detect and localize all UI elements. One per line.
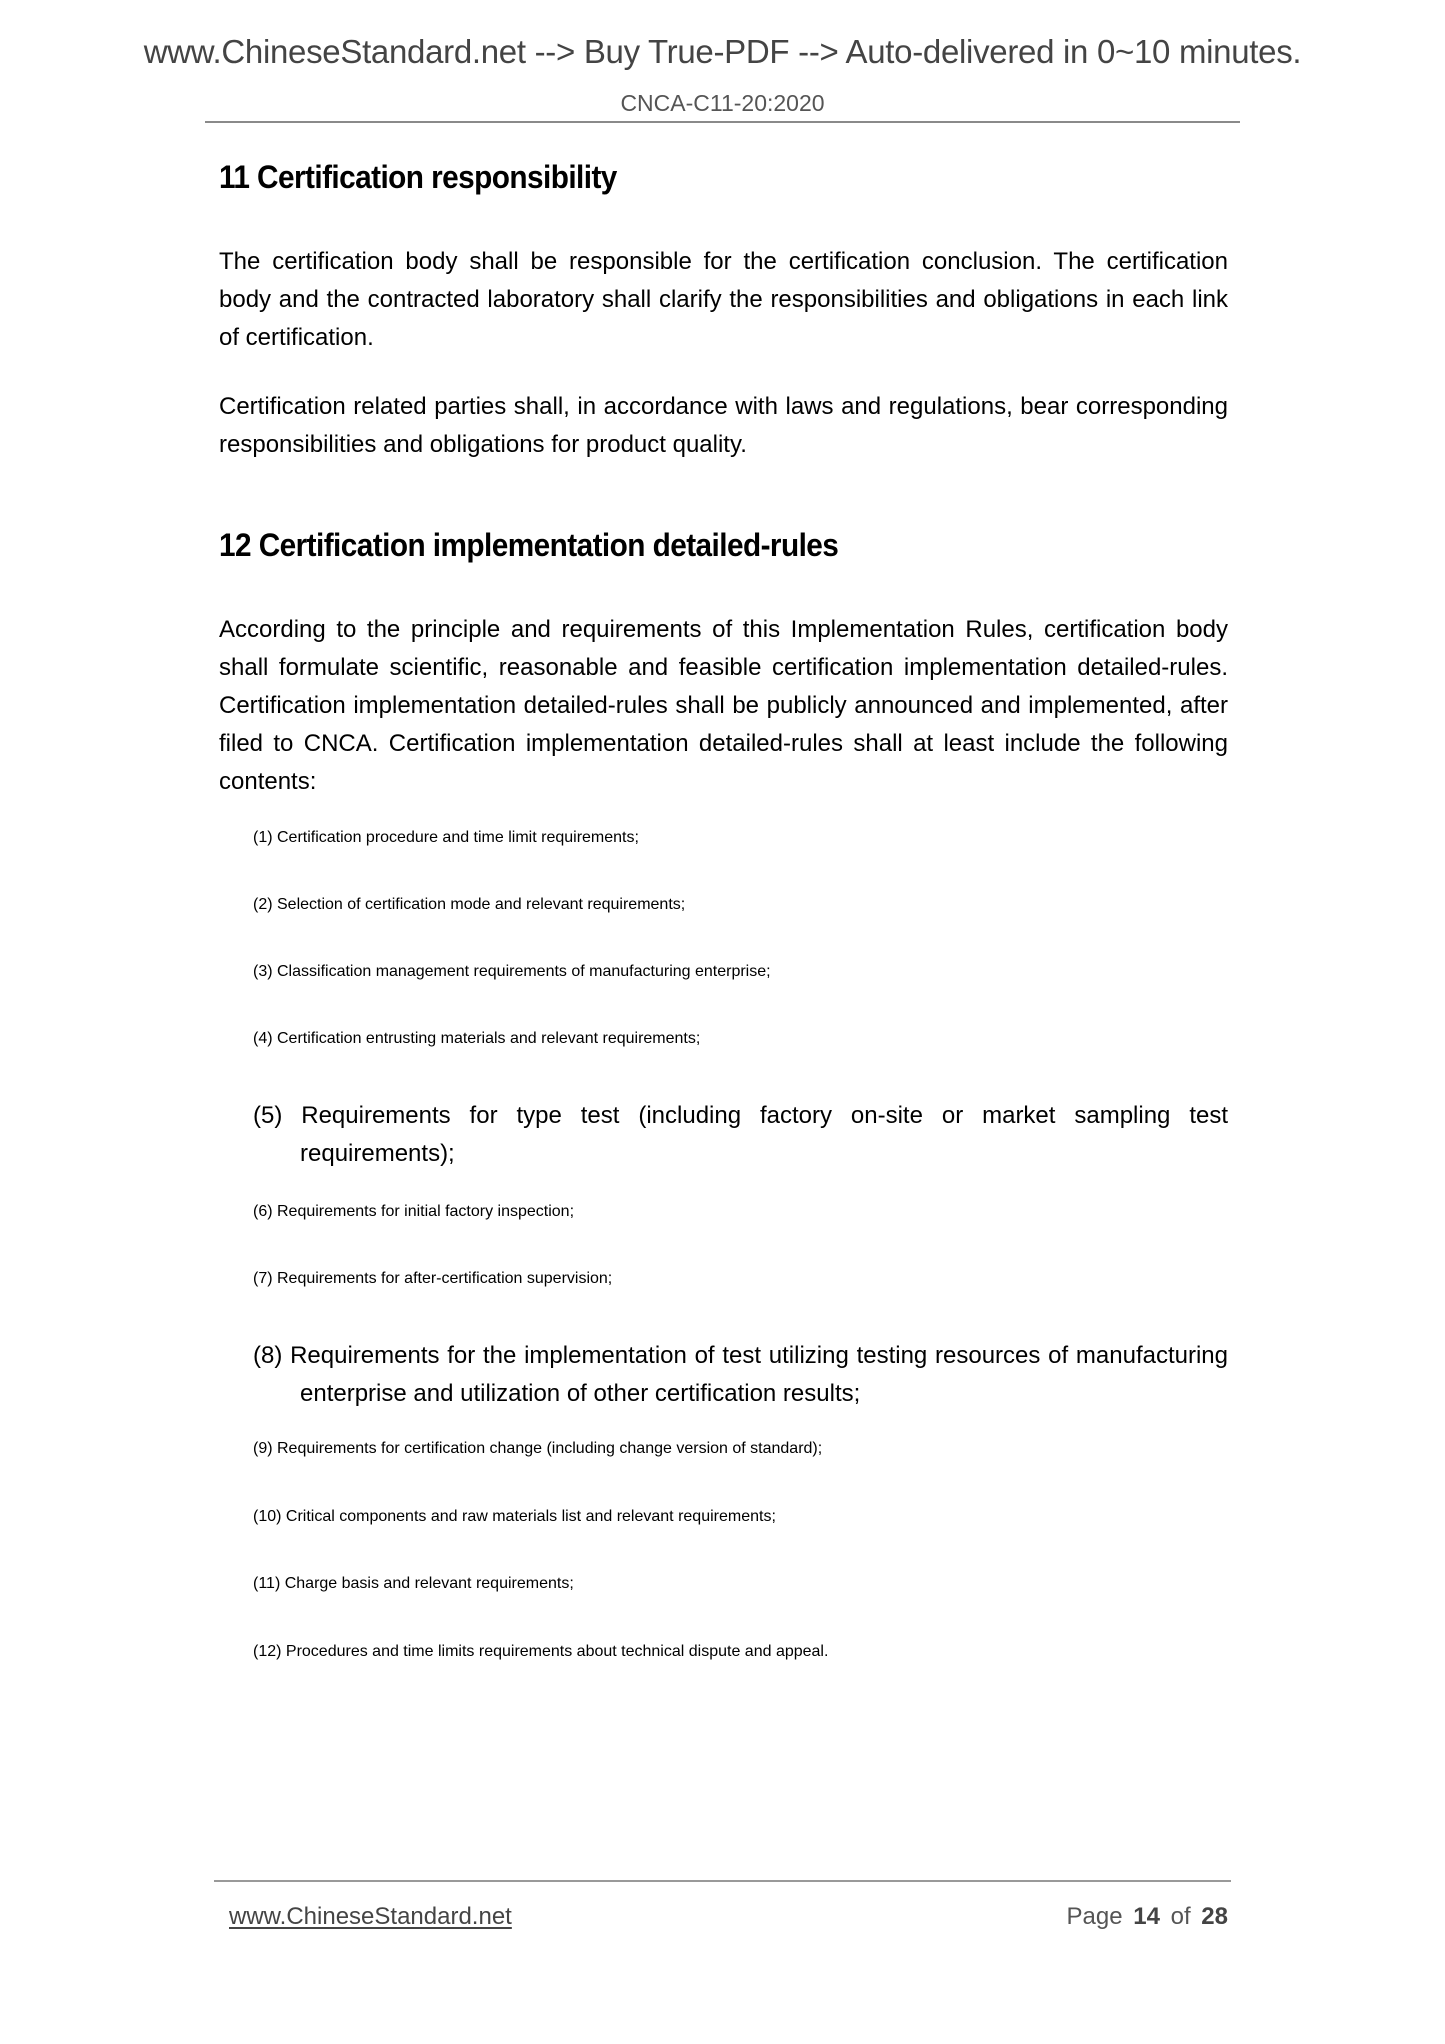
list-item: (7) Requirements for after-certification…: [253, 1270, 1228, 1288]
page-label: Page: [1067, 1903, 1123, 1930]
list-item: (10) Critical components and raw materia…: [253, 1508, 1228, 1526]
section-11-paragraph-1: The certification body shall be responsi…: [219, 243, 1228, 357]
section-12-heading: 12 Certification implementation detailed…: [219, 525, 838, 565]
footer-divider: [214, 1880, 1231, 1882]
document-id: CNCA-C11-20:2020: [0, 89, 1445, 117]
top-banner: www.ChineseStandard.net --> Buy True-PDF…: [0, 30, 1445, 74]
section-11-heading: 11 Certification responsibility: [219, 157, 617, 197]
current-page-number: 14: [1133, 1903, 1160, 1930]
list-item: (4) Certification entrusting materials a…: [253, 1030, 1228, 1048]
total-pages-number: 28: [1201, 1903, 1228, 1930]
header-divider: [205, 121, 1240, 123]
list-item: (5) Requirements for type test (includin…: [253, 1097, 1228, 1173]
section-11-paragraph-2: Certification related parties shall, in …: [219, 388, 1228, 464]
footer-website-link[interactable]: www.ChineseStandard.net: [229, 1902, 512, 1932]
section-12-paragraph-1: According to the principle and requireme…: [219, 611, 1228, 801]
list-item: (6) Requirements for initial factory ins…: [253, 1203, 1228, 1221]
list-item: (1) Certification procedure and time lim…: [253, 829, 1228, 847]
list-item: (11) Charge basis and relevant requireme…: [253, 1575, 1228, 1593]
list-item: (12) Procedures and time limits requirem…: [253, 1643, 1228, 1661]
page-indicator: Page 14 of 28: [1067, 1902, 1229, 1932]
list-item: (2) Selection of certification mode and …: [253, 896, 1228, 914]
list-item: (9) Requirements for certification chang…: [253, 1440, 1228, 1458]
list-item: (8) Requirements for the implementation …: [253, 1337, 1228, 1413]
page-of-label: of: [1171, 1903, 1191, 1930]
list-item: (3) Classification management requiremen…: [253, 963, 1228, 981]
